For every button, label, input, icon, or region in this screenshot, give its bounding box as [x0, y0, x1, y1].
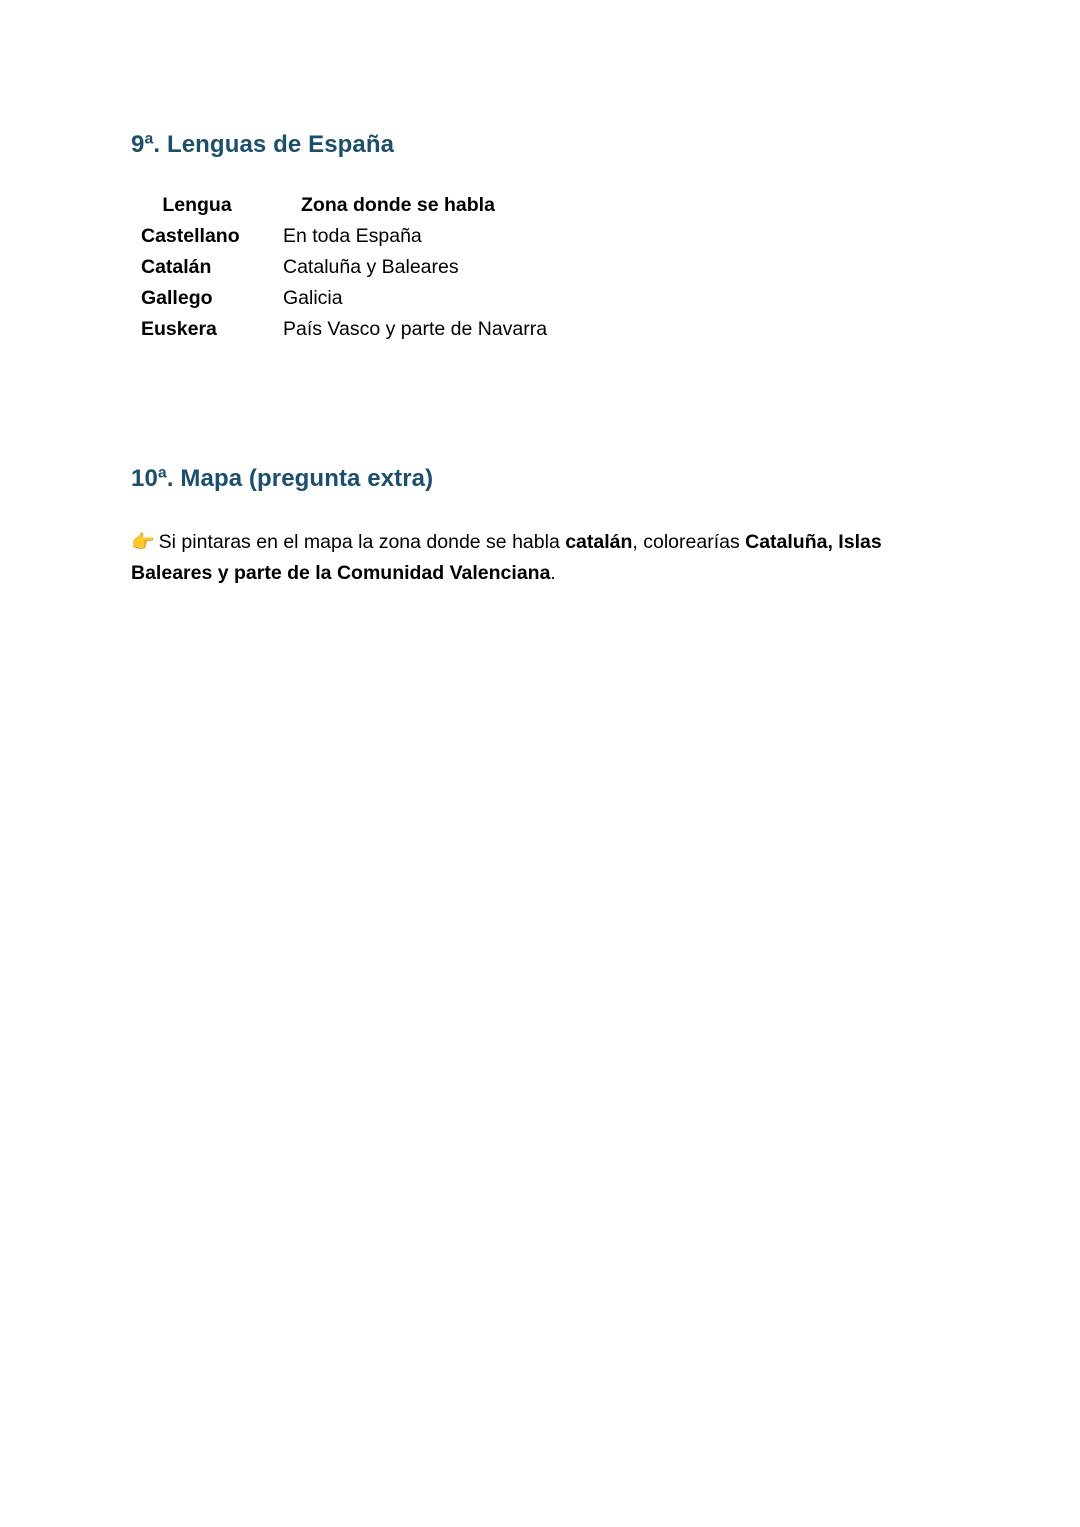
zona-cell: Galicia	[259, 283, 567, 314]
answer-bold-catalan: catalán	[565, 531, 632, 553]
table-row: Euskera País Vasco y parte de Navarra	[135, 314, 567, 345]
answer-paragraph: 👉Si pintaras en el mapa la zona donde se…	[131, 527, 961, 589]
lengua-cell: Catalán	[135, 252, 259, 283]
lengua-cell: Euskera	[135, 314, 259, 345]
column-header-lengua: Lengua	[135, 190, 259, 221]
lengua-cell: Gallego	[135, 283, 259, 314]
table-row: Catalán Cataluña y Baleares	[135, 252, 567, 283]
pointing-hand-icon: 👉	[131, 527, 155, 558]
zona-cell: País Vasco y parte de Navarra	[259, 314, 567, 345]
table-row: Gallego Galicia	[135, 283, 567, 314]
answer-text-part2: , colorearías	[632, 531, 745, 553]
table-header-row: Lengua Zona donde se habla	[135, 190, 567, 221]
answer-text-part1: Si pintaras en el mapa la zona donde se …	[159, 531, 566, 553]
section-10-heading: 10ª. Mapa (pregunta extra)	[131, 465, 433, 493]
lengua-cell: Castellano	[135, 221, 259, 252]
zona-cell: Cataluña y Baleares	[259, 252, 567, 283]
table-row: Castellano En toda España	[135, 221, 567, 252]
section-9-heading: 9ª. Lenguas de España	[131, 131, 394, 159]
languages-table: Lengua Zona donde se habla Castellano En…	[135, 190, 567, 345]
zona-cell: En toda España	[259, 221, 567, 252]
column-header-zona: Zona donde se habla	[259, 190, 567, 221]
answer-text-part3: .	[550, 562, 555, 584]
